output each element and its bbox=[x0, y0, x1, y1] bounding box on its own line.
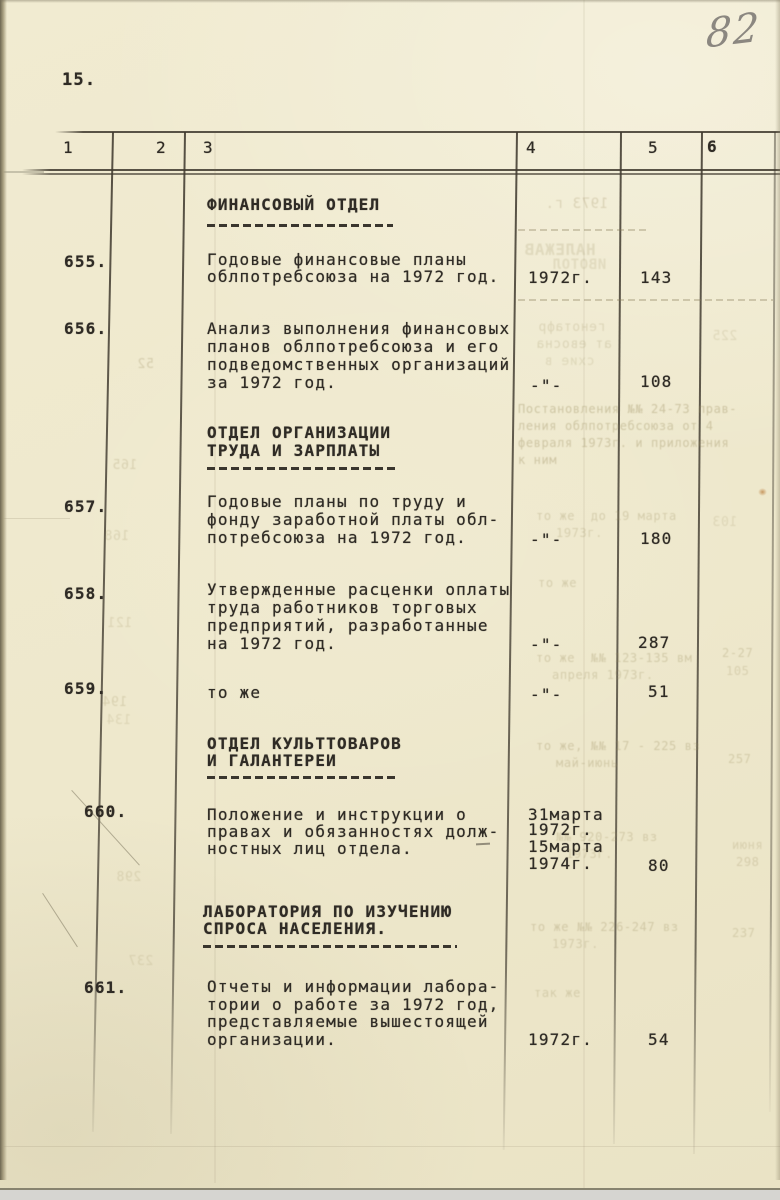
bleedthrough-text: 1973г. bbox=[556, 526, 603, 540]
col-header-5: 5 bbox=[648, 139, 659, 156]
paper-crease bbox=[0, 518, 70, 519]
row-description-line: на 1972 год. bbox=[207, 635, 337, 652]
col-header-2: 2 bbox=[156, 139, 167, 156]
bleedthrough-text: 165 bbox=[112, 458, 137, 473]
section-title: ЛАБОРАТОРИЯ ПО ИЗУЧЕНИЮ bbox=[203, 903, 452, 920]
section-title: ФИНАНСОВЫЙ ОТДЕЛ bbox=[207, 196, 380, 213]
bleedthrough-text: то же bbox=[538, 576, 577, 590]
table-line-col3-col4 bbox=[503, 132, 518, 1150]
row-sheet-count: 51 bbox=[648, 683, 670, 700]
row-description-line: Положение и инструкции о bbox=[207, 806, 467, 823]
bleedthrough-text: так же bbox=[534, 986, 581, 1000]
bleedthrough-text: 1973г. bbox=[552, 937, 599, 951]
row-date-ditto: -"- bbox=[530, 686, 563, 703]
bleedthrough-text: схие в bbox=[544, 354, 595, 369]
row-description-line: правах и обязанностях долж- bbox=[207, 823, 500, 840]
foxing-spot bbox=[758, 488, 767, 496]
paper-crease bbox=[0, 1146, 780, 1147]
bleedthrough-text: 105 bbox=[726, 664, 749, 678]
bleedthrough-text: ления облпотребсоюза от 4 bbox=[518, 419, 714, 433]
row-sheet-count: 108 bbox=[640, 373, 673, 390]
bleedthrough-text: 1973 г. bbox=[545, 196, 608, 212]
row-description-line: подведомственных организаций bbox=[207, 356, 510, 373]
table-top-border bbox=[55, 131, 780, 133]
row-description-line: Годовые планы по труду и bbox=[207, 493, 467, 510]
bleedthrough-text: 134 bbox=[106, 713, 131, 728]
page-left-edge bbox=[0, 0, 7, 1180]
bleedthrough-text: то же, №№ 17 - 225 вз bbox=[536, 739, 700, 753]
row-number: 658. bbox=[64, 585, 107, 602]
row-description-line: ностных лиц отдела. bbox=[207, 840, 413, 857]
bleedthrough-text: ат евосна bbox=[536, 337, 612, 352]
bleedthrough-text: февраля 1973г. и приложения bbox=[518, 436, 729, 450]
row-number: 656. bbox=[64, 320, 107, 337]
bleedthrough-text: 121 bbox=[107, 616, 132, 631]
row-sheet-count: 80 bbox=[648, 857, 670, 874]
row-description-line: организации. bbox=[207, 1031, 337, 1048]
section-title-underline bbox=[203, 945, 457, 948]
row-description-line: Отчеты и информации лабора- bbox=[207, 978, 500, 995]
table-line-col2-col3 bbox=[170, 132, 186, 1134]
bleedthrough-text: 2-27 bbox=[722, 646, 753, 660]
paper-sheet: 82 15. 1 2 3 4 5 6 ФИНАНСОВЫЙ ОТДЕЛ 655.… bbox=[0, 0, 780, 1190]
section-title: И ГАЛАНТЕРЕИ bbox=[207, 752, 337, 769]
paper-crease bbox=[214, 133, 216, 1183]
row-description-line: фонду заработной платы обл- bbox=[207, 511, 500, 528]
section-title-underline bbox=[207, 776, 399, 779]
bleedthrough-text: 237 bbox=[128, 954, 153, 969]
row-sheet-count: 287 bbox=[638, 634, 671, 651]
table-line-col4-col5 bbox=[613, 132, 622, 1144]
bleedthrough-text: апреля 1973г. bbox=[552, 668, 654, 682]
bleedthrough-dash-line bbox=[518, 299, 773, 301]
scanned-archival-page: 82 15. 1 2 3 4 5 6 ФИНАНСОВЫЙ ОТДЕЛ 655.… bbox=[0, 0, 780, 1200]
page-number: 15. bbox=[62, 72, 96, 89]
col-header-3: 3 bbox=[203, 139, 214, 156]
row-description-line: Годовые финансовые планы bbox=[207, 251, 467, 268]
bleedthrough-text: май-июнь bbox=[556, 756, 619, 770]
section-title: ОТДЕЛ ОРГАНИЗАЦИИ bbox=[207, 424, 391, 441]
row-description-line: Анализ выполнения финансовых bbox=[207, 320, 510, 337]
page-right-edge bbox=[775, 0, 780, 1180]
bleedthrough-text: то же до 19 марта bbox=[536, 509, 677, 523]
bleedthrough-text: ИВОТОЛ bbox=[552, 257, 606, 273]
row-description-line: за 1972 год. bbox=[207, 374, 337, 391]
bleedthrough-text: Постановления №№ 24-73 прав- bbox=[518, 402, 737, 416]
bleedthrough-text: 168 bbox=[104, 529, 129, 544]
row-sheet-count: 54 bbox=[648, 1031, 670, 1048]
row-date-ditto: -"- bbox=[530, 377, 563, 394]
row-description-line: предприятий, разработанные bbox=[207, 617, 489, 634]
col-header-1: 1 bbox=[63, 139, 74, 156]
col-header-6: 6 bbox=[707, 138, 718, 155]
row-number: 655. bbox=[64, 253, 107, 270]
row-description-line: тории о работе за 1972 год, bbox=[207, 996, 500, 1013]
bleedthrough-text: генотафр bbox=[538, 320, 605, 335]
header-underline-2 bbox=[22, 173, 780, 175]
row-description-line: планов облпотребсоюза и его bbox=[207, 338, 500, 355]
bleedthrough-text: то же №№ 226-247 вз bbox=[530, 920, 679, 934]
page-top-edge bbox=[0, 0, 780, 3]
bleedthrough-text: 103 bbox=[712, 515, 737, 530]
row-description-line: представляемые вышестоящей bbox=[207, 1013, 489, 1030]
bleedthrough-text: июня bbox=[732, 838, 763, 852]
col-header-4: 4 bbox=[526, 139, 537, 156]
bleedthrough-text: то же №№ 123-135 вм bbox=[536, 651, 693, 665]
scratch-mark bbox=[42, 893, 78, 947]
header-underline-1 bbox=[22, 169, 780, 171]
paper-crease bbox=[583, 0, 585, 1188]
section-title: СПРОСА НАСЕЛЕНИЯ. bbox=[203, 920, 387, 937]
bleedthrough-text: 298 bbox=[736, 855, 759, 869]
scanner-background-strip bbox=[0, 1188, 780, 1200]
row-description-line: труда работников торговых bbox=[207, 599, 478, 616]
bleedthrough-text: №№ 920-273 вз bbox=[556, 830, 658, 844]
bleedthrough-text: 1973г. bbox=[566, 847, 613, 861]
table-line-col5-col6 bbox=[693, 132, 703, 1154]
bleedthrough-text: к ним bbox=[518, 453, 557, 467]
handwritten-folio-number: 82 bbox=[705, 4, 762, 57]
row-number: 659. bbox=[64, 680, 107, 697]
bleedthrough-text: 194 bbox=[102, 695, 127, 710]
bleedthrough-text: 298 bbox=[116, 870, 141, 885]
row-number: 657. bbox=[64, 498, 107, 515]
pencil-dash-mark bbox=[476, 843, 490, 846]
row-description-line: потребсоюза на 1972 год. bbox=[207, 529, 467, 546]
row-description-line: облпотребсоюза на 1972 год. bbox=[207, 268, 500, 285]
row-number: 661. bbox=[84, 979, 127, 996]
bleedthrough-text: 225 bbox=[712, 329, 737, 344]
section-title: ОТДЕЛ КУЛЬТТОВАРОВ bbox=[207, 735, 402, 752]
row-sheet-count: 143 bbox=[640, 269, 673, 286]
row-sheet-count: 180 bbox=[640, 530, 673, 547]
bleedthrough-text: 257 bbox=[728, 752, 751, 766]
section-title: ТРУДА И ЗАРПЛАТЫ bbox=[207, 442, 380, 459]
section-title-underline bbox=[207, 224, 393, 227]
row-description-line: Утвержденные расценки оплаты bbox=[207, 581, 510, 598]
bleedthrough-text: 237 bbox=[732, 926, 755, 940]
bleedthrough-text: 52 bbox=[137, 357, 154, 372]
section-title-underline bbox=[207, 467, 395, 470]
